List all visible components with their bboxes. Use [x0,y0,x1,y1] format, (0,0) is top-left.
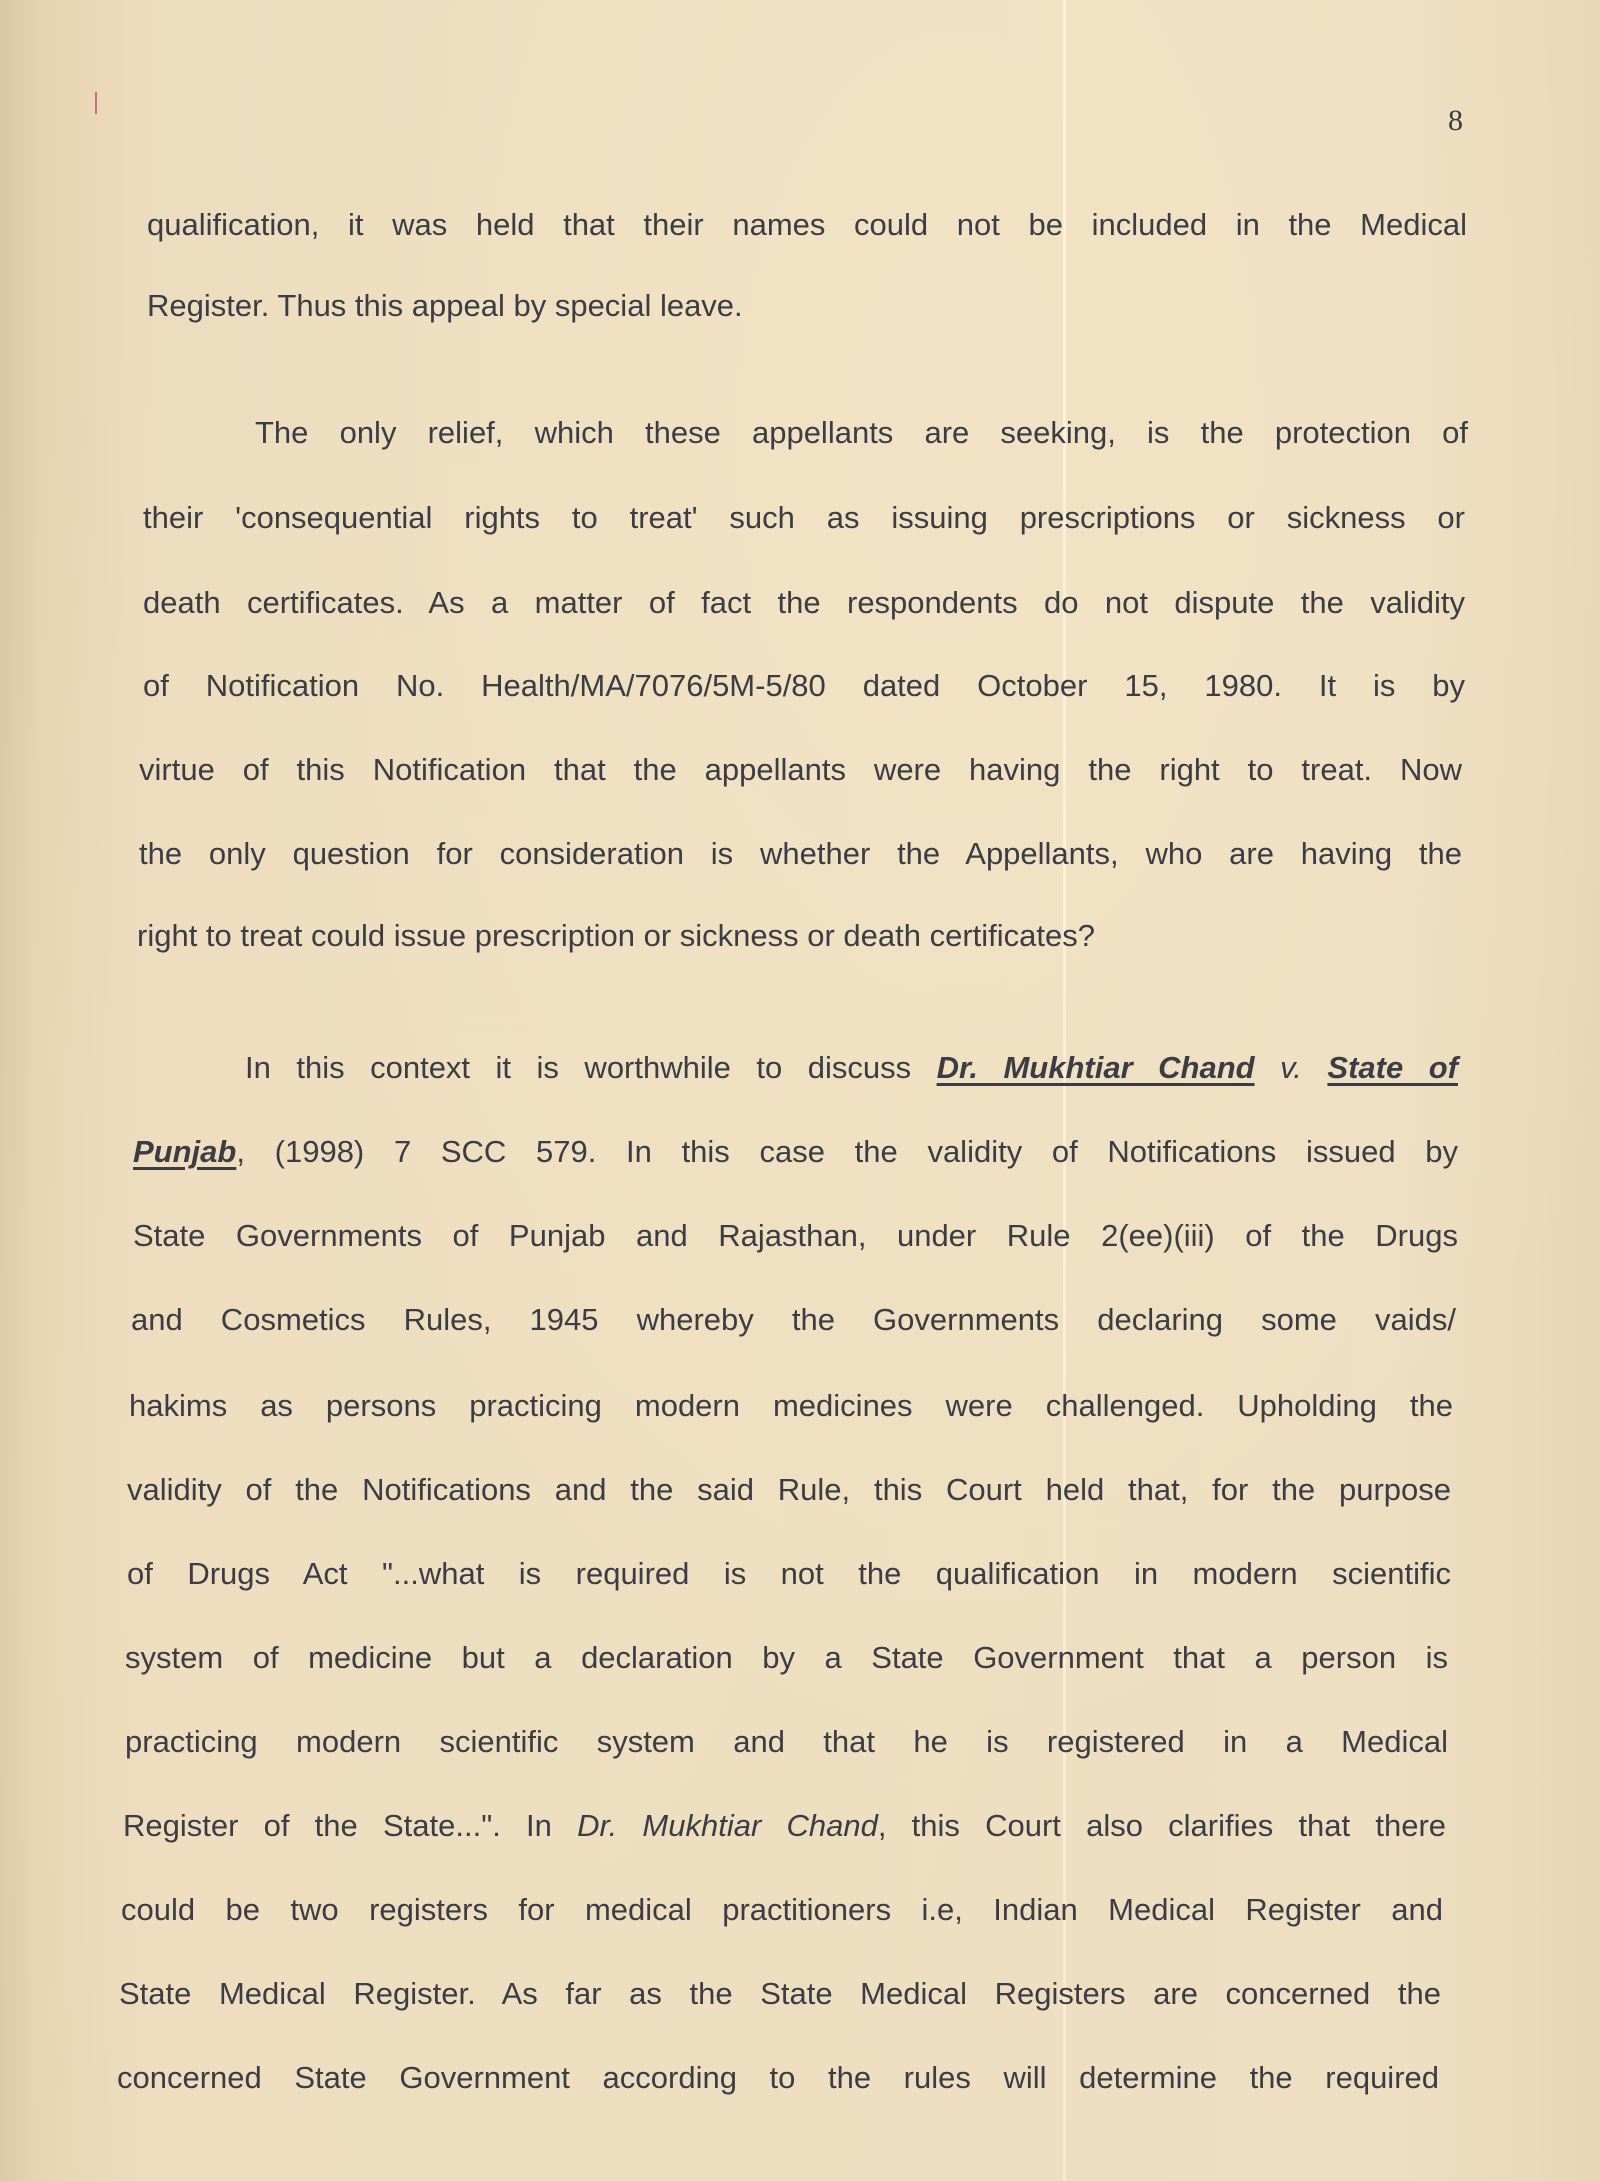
paragraph-3-line-10: Register of the State...". In Dr. Mukhti… [123,1808,1446,1844]
page-number: 8 [1448,104,1463,138]
paper-fold-line [1063,0,1066,2181]
paragraph-3-line-4: and Cosmetics Rules, 1945 whereby the Go… [131,1302,1456,1338]
case-citation-party-2: State of [1327,1050,1458,1085]
case-citation-party-2-cont: Punjab [133,1134,236,1169]
paragraph-3-line-11: could be two registers for medical pract… [121,1892,1443,1928]
paragraph-3-line-12: State Medical Register. As far as the St… [119,1976,1441,2012]
paragraph-3-line-9: practicing modern scientific system and … [125,1724,1448,1760]
paragraph-2-line-3: death certificates. As a matter of fact … [143,585,1465,621]
case-citation-party-1: Dr. Mukhtiar Chand [937,1050,1255,1085]
paragraph-2-line-7: right to treat could issue prescription … [137,918,1095,954]
paragraph-3-line-7: of Drugs Act "...what is required is not… [127,1556,1451,1592]
paragraph-2-line-1: The only relief, which these appellants … [255,415,1468,451]
margin-mark [95,92,97,114]
paragraph-1-line-1: qualification, it was held that their na… [147,207,1467,243]
paragraph-2-line-5: virtue of this Notification that the app… [139,752,1462,788]
paragraph-3-line-3: State Governments of Punjab and Rajastha… [133,1218,1458,1254]
paragraph-1-line-2: Register. Thus this appeal by special le… [147,288,743,324]
case-reference: Dr. Mukhtiar Chand [577,1808,878,1843]
paragraph-3-line-5: hakims as persons practicing modern medi… [129,1388,1453,1424]
paragraph-2-line-4: of Notification No. Health/MA/7076/5M-5/… [143,668,1465,704]
paragraph-3-line-1: In this context it is worthwhile to disc… [245,1050,1458,1086]
paragraph-3-line-6: validity of the Notifications and the sa… [127,1472,1451,1508]
paragraph-2-line-6: the only question for consideration is w… [139,836,1462,872]
paragraph-3-line-2: Punjab, (1998) 7 SCC 579. In this case t… [133,1134,1458,1170]
paragraph-3-line-8: system of medicine but a declaration by … [125,1640,1448,1676]
paragraph-2-line-2: their 'consequential rights to treat' su… [143,500,1465,536]
paragraph-3-line-13: concerned State Government according to … [117,2060,1439,2096]
scanned-page: 8 qualification, it was held that their … [0,0,1600,2181]
